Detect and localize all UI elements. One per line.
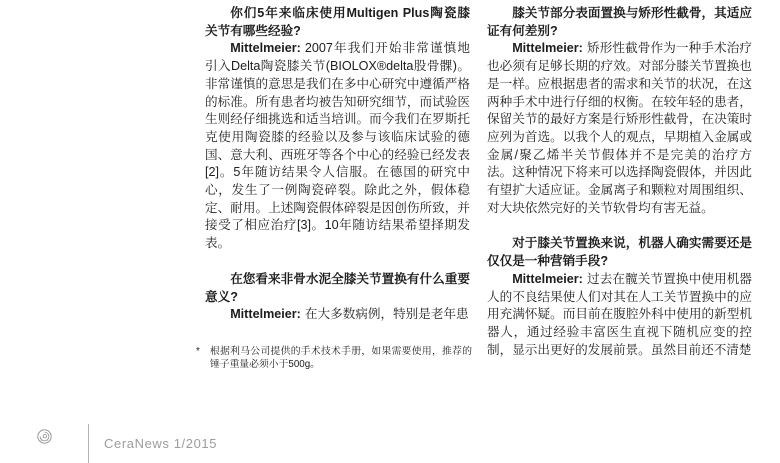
magazine-page: 你们5年来临床使用Multigen Plus陶瓷膝关节有哪些经验? Mittel… xyxy=(0,0,780,463)
answer-text: 矫形性截骨作为一种手术治疗也必须有足够长期的疗效。对部分膝关节置换也是一样。应根… xyxy=(487,41,752,214)
answer-text: 2007年我们开始非常谨慎地引入Delta陶瓷膝关节(BIOLOX®delta股… xyxy=(205,41,470,250)
article-body: 你们5年来临床使用Multigen Plus陶瓷膝关节有哪些经验? Mittel… xyxy=(205,5,752,359)
footer-divider xyxy=(88,424,89,463)
answer-paragraph: Mittelmeier:2007年我们开始非常谨慎地引入Delta陶瓷膝关节(B… xyxy=(205,40,470,252)
question-heading: 在您看来非骨水泥全膝关节置换有什么重要意义? xyxy=(205,271,470,306)
question-heading: 对于膝关节置换来说，机器人确实需要还是仅仅是一种营销手段? xyxy=(487,235,752,270)
speaker-name: Mittelmeier: xyxy=(512,272,583,286)
answer-paragraph: Mittelmeier:过去在髋关节置换中使用机器人的不良结果使人们对其在人工关… xyxy=(487,271,752,360)
left-column: 你们5年来临床使用Multigen Plus陶瓷膝关节有哪些经验? Mittel… xyxy=(205,5,470,359)
answer-paragraph: Mittelmeier:在大多数病例，特别是老年患 xyxy=(205,306,470,324)
answer-text: 在大多数病例，特别是老年患 xyxy=(305,307,469,321)
speaker-name: Mittelmeier: xyxy=(230,307,301,321)
question-heading: 你们5年来临床使用Multigen Plus陶瓷膝关节有哪些经验? xyxy=(205,5,470,40)
footnote: * 根据利马公司提供的手术技术手册，如果需要使用，推荐的锤子重量必须小于500g… xyxy=(196,346,472,372)
footnote-text: 根据利马公司提供的手术技术手册，如果需要使用，推荐的锤子重量必须小于500g。 xyxy=(210,346,472,372)
speaker-name: Mittelmeier: xyxy=(230,41,301,55)
footer-brand: CeraNews 1/2015 xyxy=(104,436,217,451)
speaker-name: Mittelmeier: xyxy=(512,41,583,55)
question-heading: 膝关节部分表面置换与矫形性截骨，其适应证有何差别? xyxy=(487,5,752,40)
right-column: 膝关节部分表面置换与矫形性截骨，其适应证有何差别? Mittelmeier:矫形… xyxy=(487,5,752,359)
answer-paragraph: Mittelmeier:矫形性截骨作为一种手术治疗也必须有足够长期的疗效。对部分… xyxy=(487,40,752,217)
ceramtec-seal-icon xyxy=(37,429,52,444)
footnote-marker: * xyxy=(196,346,210,372)
